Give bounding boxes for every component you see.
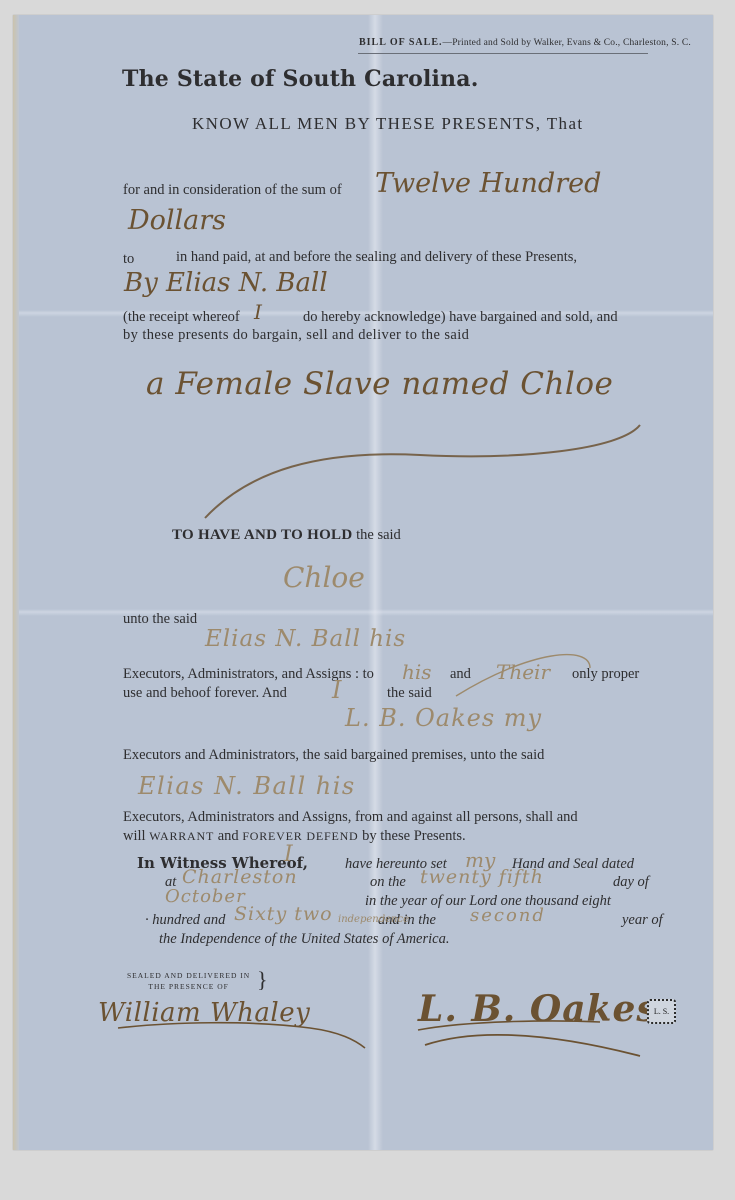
sealed-line-1: SEALED AND DELIVERED IN (127, 970, 250, 981)
seal-stamp-icon: L. S. (647, 999, 676, 1024)
handwritten-sum: Twelve Hundred (375, 168, 601, 199)
year-of-text: year of (622, 912, 663, 929)
handwritten-witness-i: I (284, 842, 293, 867)
header-rule (358, 53, 648, 54)
handwritten-unto-name: Elias N. Ball his (205, 626, 406, 652)
executors-text-1c: only proper (572, 666, 639, 683)
consideration-text: for and in consideration of the sum of (123, 182, 342, 199)
handwritten-dollars: Dollars (128, 205, 226, 236)
unto-said-text: unto the said (123, 611, 197, 628)
executors-text-1b: and (450, 666, 471, 683)
to-text: to (123, 251, 134, 268)
printer-text: —Printed and Sold by Walker, Evans & Co.… (443, 38, 692, 48)
warrant-e: by these Presents. (362, 828, 466, 844)
receipt-text-1: (the receipt whereof (123, 309, 240, 326)
day-of-text: day of (613, 874, 649, 891)
behoof-text-b: the said (387, 685, 432, 702)
handwritten-and-i: I (332, 676, 341, 704)
warrant-a: will (123, 828, 146, 844)
bill-of-sale-label: BILL OF SALE. (359, 37, 443, 48)
handwritten-to-his: his (402, 660, 432, 684)
handwritten-day: twenty fifth (420, 866, 544, 888)
brace-icon: } (257, 970, 268, 990)
have-hold-line: TO HAVE AND TO HOLD the said (172, 527, 401, 544)
seller-signature: L. B. Oakes (418, 988, 658, 1030)
printer-line: BILL OF SALE.—Printed and Sold by Walker… (359, 37, 691, 48)
exec-assigns-text: Executors, Administrators and Assigns, f… (123, 809, 578, 826)
handwritten-place: Charleston (182, 866, 298, 888)
warrant-c: and (218, 828, 239, 844)
receipt-text-2: do hereby acknowledge) have bargained an… (303, 309, 618, 326)
handwritten-correction: independence (338, 914, 409, 925)
have-hold-bold: TO HAVE AND TO HOLD (172, 527, 352, 543)
document-title: The State of South Carolina. (122, 66, 479, 92)
independence-text: the Independence of the United States of… (159, 931, 449, 948)
handwritten-paid-by: By Elias N. Ball (124, 268, 328, 298)
hand-paid-text: in hand paid, at and before the sealing … (176, 249, 577, 266)
handwritten-seller: L. B. Oakes my (345, 704, 542, 732)
handwritten-hold-name: Chloe (283, 561, 365, 594)
behoof-text-a: use and behoof forever. And (123, 685, 287, 702)
handwritten-their: Their (496, 660, 550, 684)
exec-admin-text: Executors and Administrators, the said b… (123, 747, 544, 764)
handwritten-receipt-i: I (254, 300, 262, 324)
have-hold-rest: the said (356, 527, 401, 543)
handwritten-unto-name-2: Elias N. Ball his (138, 772, 356, 800)
receipt-text-3: by these presents do bargain, sell and d… (123, 327, 469, 344)
handwritten-year: Sixty two (234, 903, 333, 925)
warrant-d: FOREVER DEFEND (242, 829, 358, 843)
on-the-text: on the (370, 874, 406, 891)
hundred-and-text: · hundred and (145, 912, 225, 929)
seal-label: L. S. (654, 1007, 669, 1016)
warrant-b: WARRANT (149, 829, 214, 843)
sealed-delivered-label: SEALED AND DELIVERED IN THE PRESENCE OF (127, 970, 250, 992)
sealed-line-2: THE PRESENCE OF (127, 981, 250, 992)
witness-signature: William Whaley (98, 998, 310, 1028)
paper-edge (13, 15, 19, 1150)
preamble: KNOW ALL MEN BY THESE PRESENTS, That (192, 114, 584, 134)
warrant-line: will WARRANT and FOREVER DEFEND by these… (123, 828, 466, 845)
handwritten-property: a Female Slave named Chloe (146, 366, 613, 402)
handwritten-independence-year: second (470, 905, 546, 926)
